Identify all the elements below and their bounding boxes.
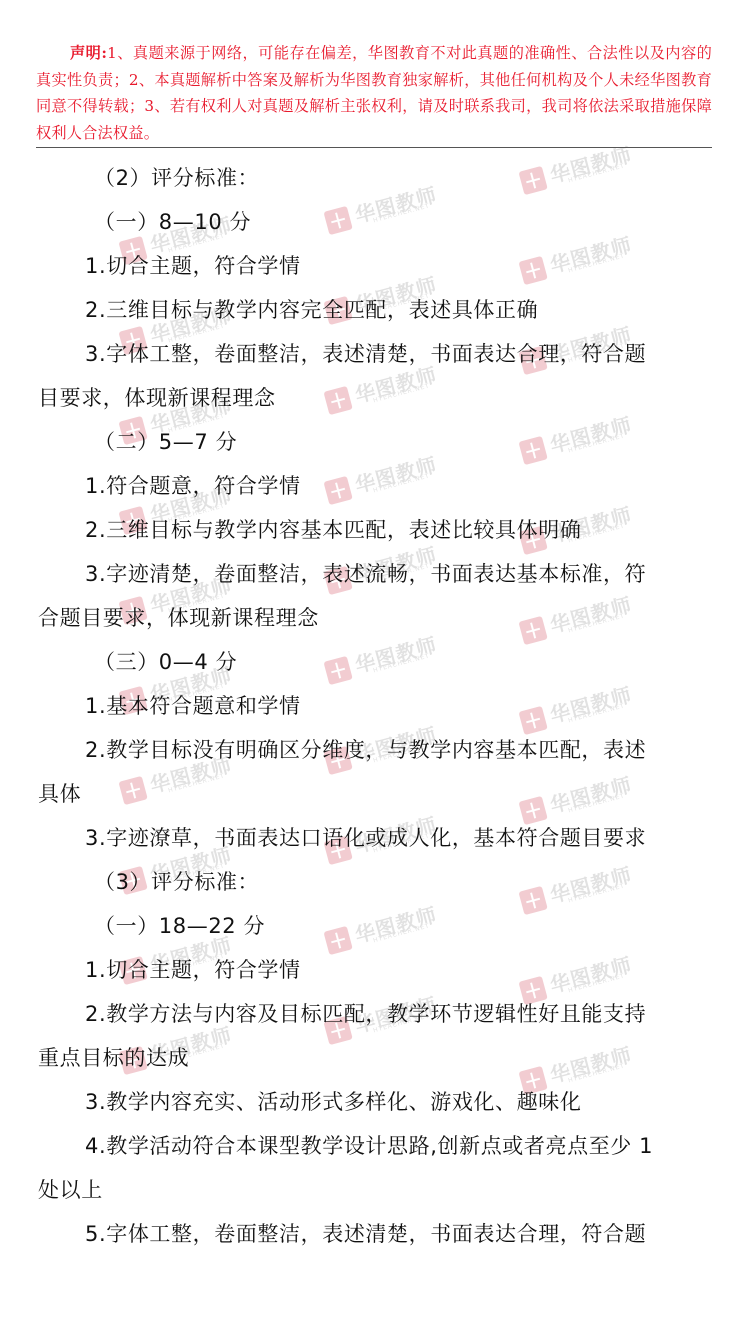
disclaimer-text: 1、真题来源于网络，可能存在偏差，华图教育不对此真题的准确性、合法性以及内容的真… xyxy=(36,44,712,142)
disclaimer-lead: 声明: xyxy=(70,44,107,62)
text-line: 3.字体工整，卷面整洁，表述清楚，书面表达合理，符合题 xyxy=(85,341,748,367)
text-line: 4.教学活动符合本课型教学设计思路,创新点或者亮点至少 1 xyxy=(85,1133,748,1159)
watermark-subtext: HTEACHER.NET xyxy=(168,232,226,254)
text-line: （二）5—7 分 xyxy=(94,429,748,455)
text-line: 合题目要求，体现新课程理念 xyxy=(38,605,714,631)
text-line: 具体 xyxy=(38,781,714,807)
text-line: 目要求，体现新课程理念 xyxy=(38,385,714,411)
text-line: 3.教学内容充实、活动形式多样化、游戏化、趣味化 xyxy=(85,1089,748,1115)
document-page: 华图教师HTEACHER.NET华图教师HTEACHER.NET华图教师HTEA… xyxy=(0,0,748,1334)
disclaimer: 声明:1、真题来源于网络，可能存在偏差，华图教育不对此真题的准确性、合法性以及内… xyxy=(36,40,712,146)
text-line: 2.三维目标与教学内容基本匹配，表述比较具体明确 xyxy=(85,517,748,543)
text-line: 1.基本符合题意和学情 xyxy=(85,693,748,719)
text-line: 3.字迹潦草，书面表达口语化或成人化，基本符合题目要求 xyxy=(85,825,748,851)
text-line: 1.切合主题，符合学情 xyxy=(85,253,748,279)
text-line: 2.教学目标没有明确区分维度，与教学内容基本匹配，表述 xyxy=(85,737,748,763)
text-line: 5.字体工整，卷面整洁，表述清楚，书面表达合理，符合题 xyxy=(85,1221,748,1247)
text-line: 1.切合主题，符合学情 xyxy=(85,957,748,983)
text-line: 1.符合题意，符合学情 xyxy=(85,473,748,499)
text-line: （三）0—4 分 xyxy=(94,649,748,675)
text-line: 3.字迹清楚，卷面整洁，表述流畅，书面表达基本标准，符 xyxy=(85,561,748,587)
text-line: （一）8—10 分 xyxy=(94,209,748,235)
text-line: 2.三维目标与教学内容完全匹配，表述具体正确 xyxy=(85,297,748,323)
text-line: 2.教学方法与内容及目标匹配，教学环节逻辑性好且能支持 xyxy=(85,1001,748,1027)
text-line: （3）评分标准： xyxy=(94,869,748,895)
header-divider xyxy=(36,147,712,148)
text-line: （一）18—22 分 xyxy=(94,913,748,939)
text-line: 处以上 xyxy=(38,1177,714,1203)
text-line: 重点目标的达成 xyxy=(38,1045,714,1071)
text-line: （2）评分标准： xyxy=(94,165,748,191)
